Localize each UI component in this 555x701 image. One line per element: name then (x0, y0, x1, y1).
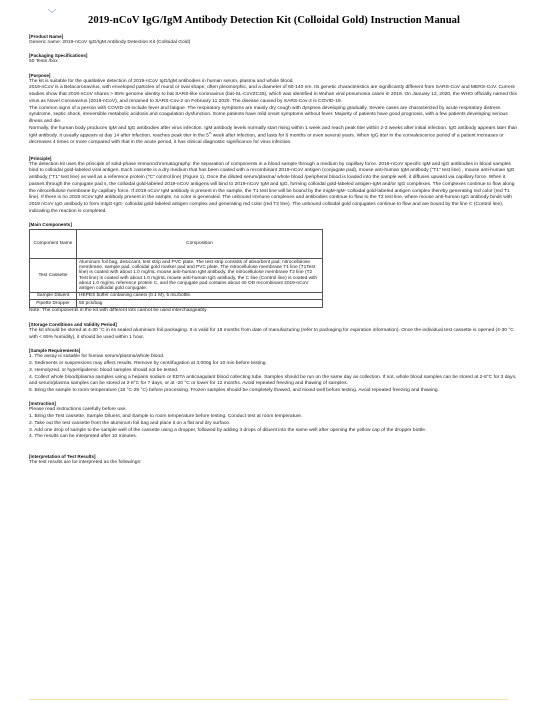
list-item: 3. Hemolyzed, or hyperlipidemic blood sa… (29, 368, 519, 375)
document-title: 2019-nCoV IgG/IgM Antibody Detection Kit… (29, 15, 519, 26)
section-text: The test results are be interpreted as t… (29, 460, 519, 467)
cell-composition: HEPES buffer containing casein (0.1 M), … (77, 292, 323, 299)
section-main-components: [Main Components] Component Name Composi… (29, 222, 519, 314)
section-intro: Please read instructions carefully befor… (29, 407, 519, 414)
list-item: 4. Collect whole blood/plasma samples us… (29, 375, 519, 389)
section-text: The detection kit uses the principle of … (29, 162, 519, 216)
list-item: 5. Bring the sample to room temperature … (29, 388, 519, 395)
paragraph: 2019-nCoV is a Betacoronavirus, with env… (29, 85, 519, 105)
list-item: 2. Take out the test cassette from the a… (29, 421, 519, 428)
header-composition: Composition (77, 230, 323, 259)
cell-composition: 50 pcs/bag (77, 300, 323, 307)
cell-component: Pipette Dropper (30, 300, 77, 307)
table-note: Note: The components in the kit with dif… (29, 308, 519, 315)
list-item: 1. The assay is suitable for human serum… (29, 354, 519, 361)
paragraph: Normally, the human body produces IgM an… (29, 126, 519, 147)
section-principle: [Principle] The detection kit uses the p… (29, 156, 519, 216)
section-text: Generic name: 2019-nCoV IgG/IgM Antibody… (29, 40, 519, 47)
section-interpretation: [Interpretation of Test Results] The tes… (29, 454, 519, 467)
section-product-name: [Product Name] Generic name: 2019-nCoV I… (29, 34, 519, 47)
list-item: 1. Bring the Test cassette, Sample Dilue… (29, 414, 519, 421)
section-storage: [Storage Conditions and Validity Period]… (29, 322, 519, 342)
section-purpose: [Purpose] The kit is suitable for the qu… (29, 73, 519, 147)
table-row: Sample Diluent HEPES buffer containing c… (30, 292, 323, 299)
section-sample-requirements: [Sample Requirements] 1. The assay is su… (29, 348, 519, 395)
cell-component: Sample Diluent (30, 292, 77, 299)
section-heading: [Main Components] (29, 222, 519, 228)
table-header-row: Component Name Composition (30, 230, 323, 259)
cell-composition: Aluminum foil bag, desiccant, test strip… (77, 259, 323, 293)
table-row: Test Cassette Aluminum foil bag, desicca… (30, 259, 323, 293)
components-table: Component Name Composition Test Cassette… (29, 229, 323, 307)
paragraph: The common signs of a person with COVID-… (29, 106, 519, 126)
section-instruction: [Instruction] Please read instructions c… (29, 401, 519, 441)
list-item: 2. Sediments or suspensions may affect r… (29, 361, 519, 368)
section-text: 50 Tests /box (29, 59, 519, 66)
highlight-divider (29, 699, 508, 700)
table-row: Pipette Dropper 50 pcs/bag (30, 300, 323, 307)
section-text: The kit should be stored at 4-30 °C in i… (29, 328, 519, 342)
header-component-name: Component Name (30, 230, 77, 259)
document-page: 2019-nCoV IgG/IgM Antibody Detection Kit… (29, 0, 519, 467)
list-item: 4. The results can be interpreted after … (29, 434, 519, 441)
section-packaging: [Packaging Specifications] 50 Tests /box (29, 53, 519, 66)
cell-component: Test Cassette (30, 259, 77, 293)
